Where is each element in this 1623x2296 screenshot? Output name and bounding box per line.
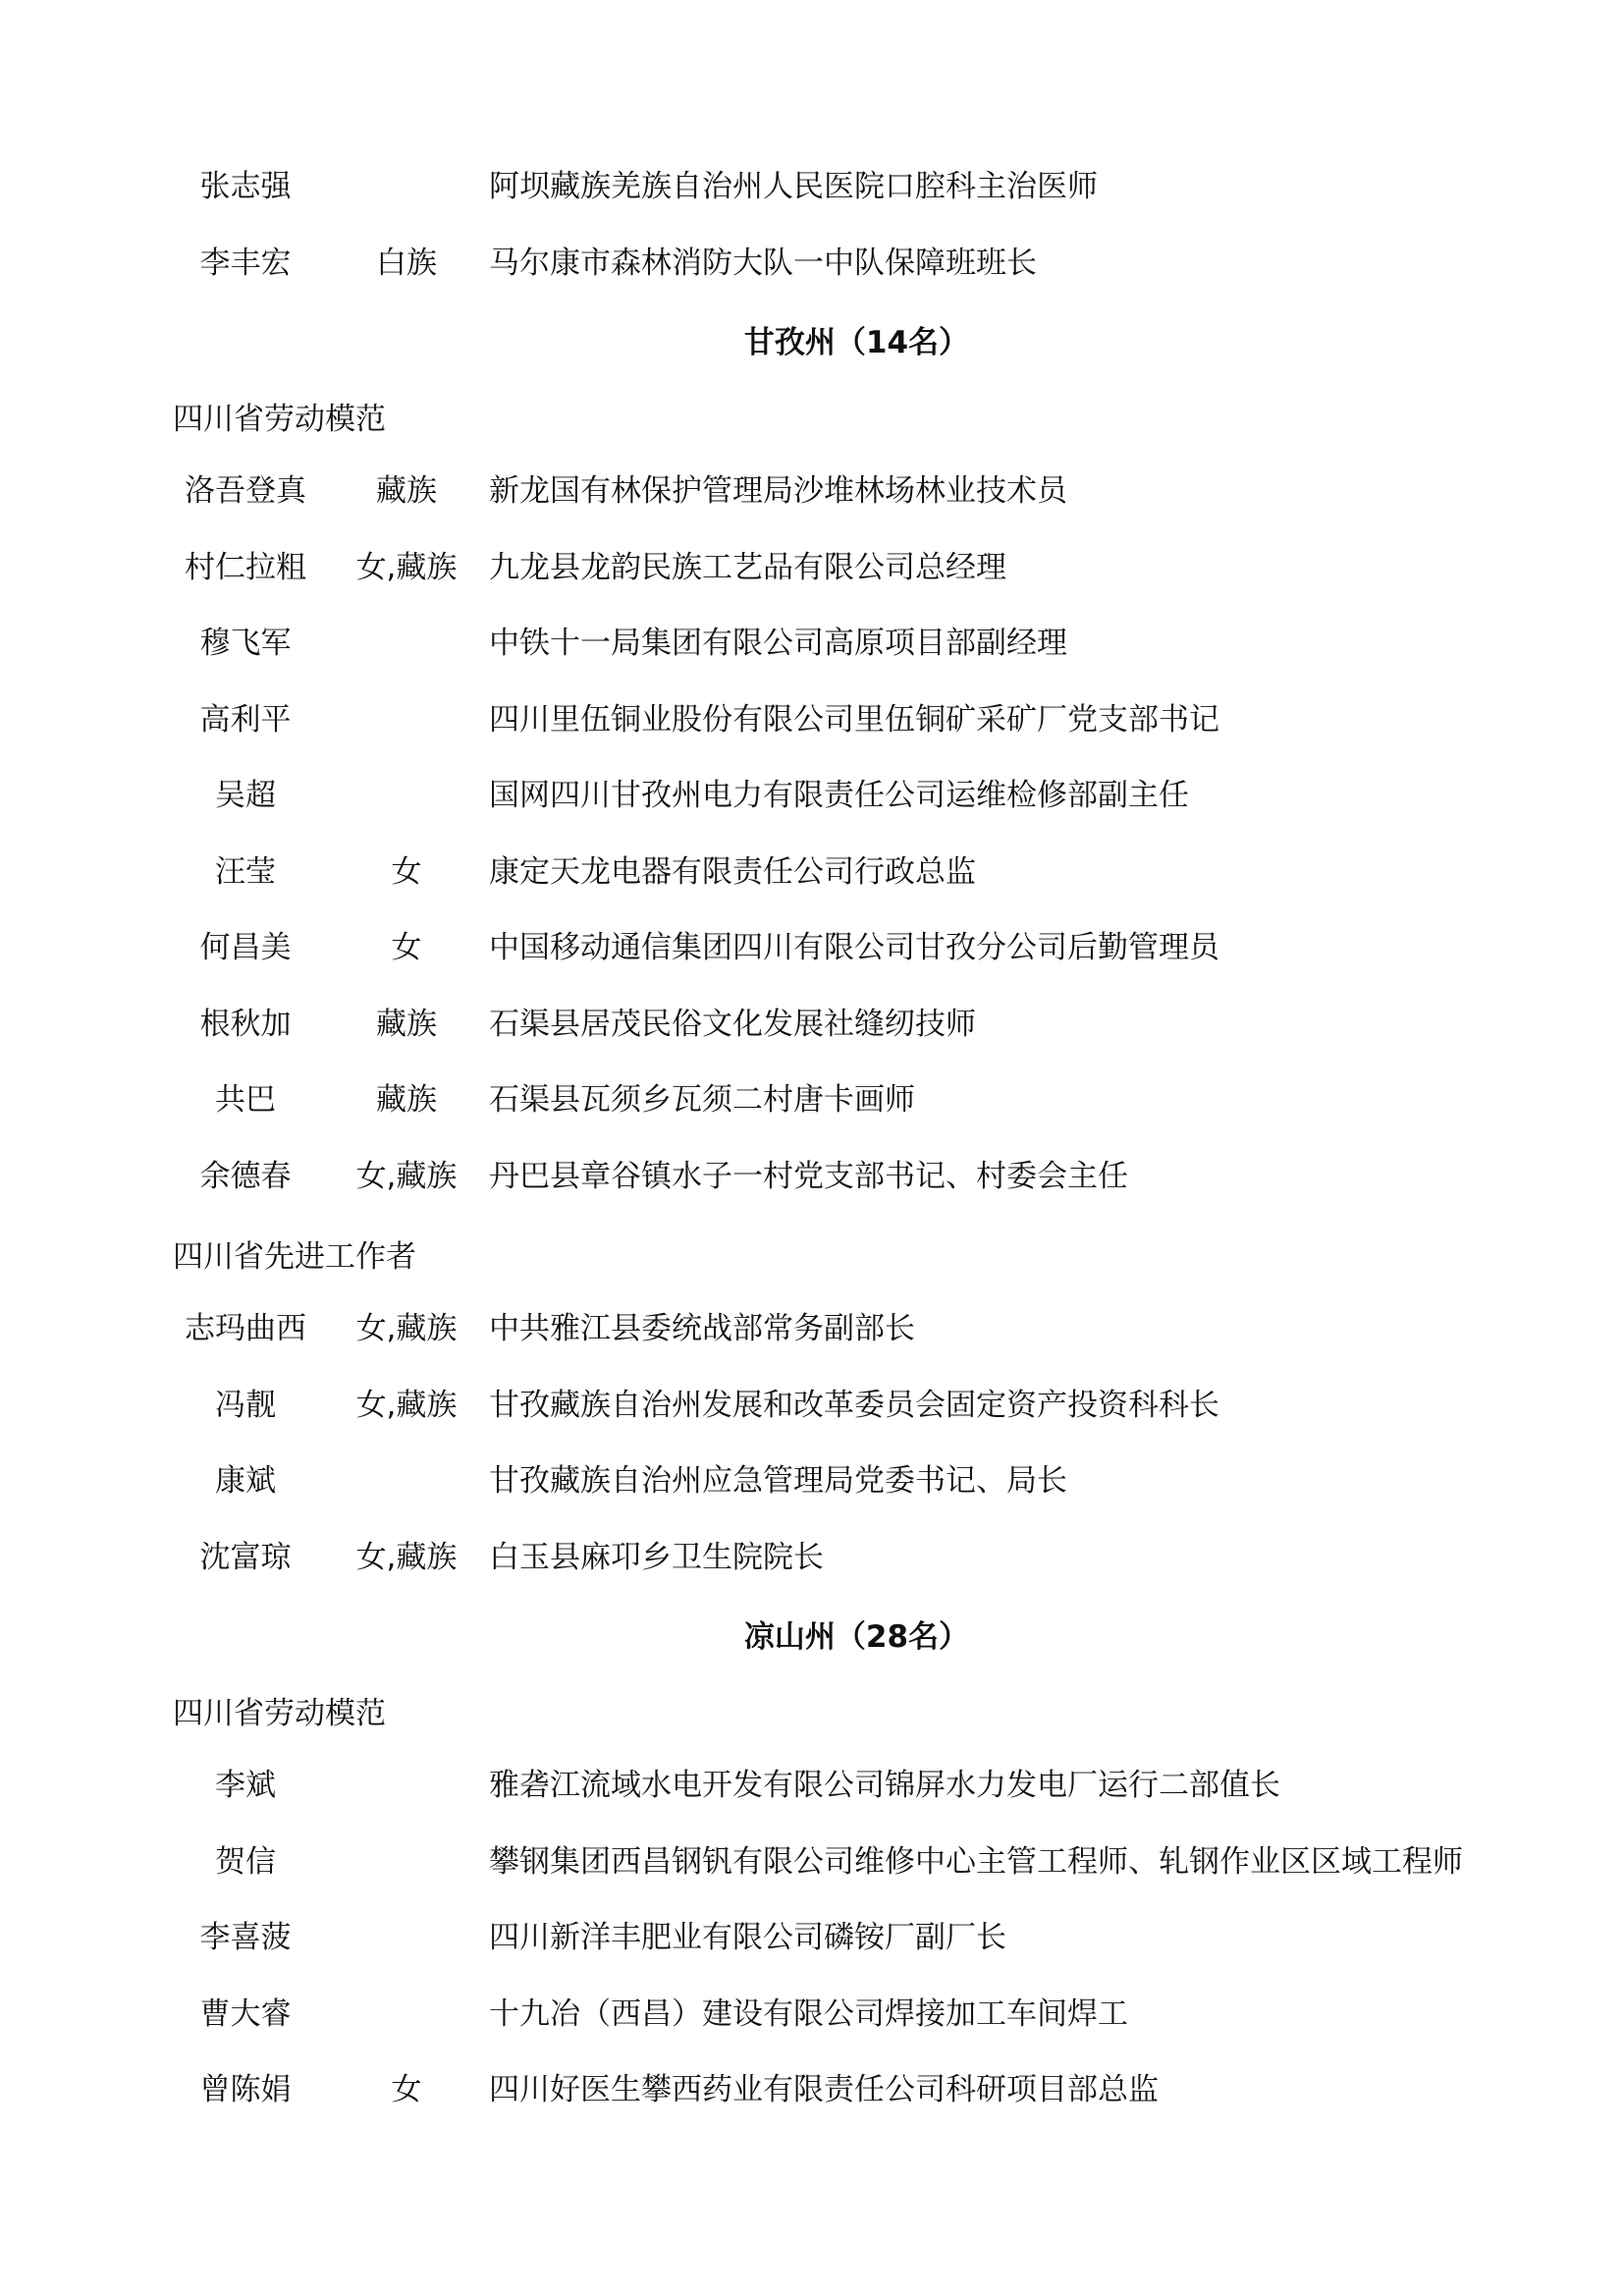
person-ethnicity: 女,藏族 xyxy=(346,1387,467,1424)
list-item: 共巴 藏族 石渠县瓦须乡瓦须二村唐卡画师 xyxy=(0,1077,1623,1122)
person-name: 村仁拉粗 xyxy=(173,549,318,586)
person-name: 共巴 xyxy=(173,1081,318,1119)
person-organization: 石渠县居茂民俗文化发展社缝纫技师 xyxy=(489,1006,1471,1043)
person-organization: 中铁十一局集团有限公司高原项目部副经理 xyxy=(489,625,1471,662)
person-organization: 四川新洋丰肥业有限公司磷铵厂副厂长 xyxy=(489,1919,1471,1956)
person-organization: 甘孜藏族自治州发展和改革委员会固定资产投资科科长 xyxy=(489,1387,1471,1424)
person-ethnicity: 藏族 xyxy=(346,1081,467,1119)
list-item: 康斌 甘孜藏族自治州应急管理局党委书记、局长 xyxy=(0,1458,1623,1503)
person-organization: 阿坝藏族羌族自治州人民医院口腔科主治医师 xyxy=(489,168,1471,205)
list-item: 吴超 国网四川甘孜州电力有限责任公司运维检修部副主任 xyxy=(0,773,1623,818)
list-item: 沈富琼 女,藏族 白玉县麻卭乡卫生院院长 xyxy=(0,1535,1623,1580)
person-name: 冯靓 xyxy=(173,1387,318,1424)
section-heading-text: 甘孜州（14名） xyxy=(744,317,969,361)
list-item: 何昌美 女 中国移动通信集团四川有限公司甘孜分公司后勤管理员 xyxy=(0,925,1623,970)
category-label: 四川省劳动模范 xyxy=(173,393,386,438)
list-item: 李丰宏 白族 马尔康市森林消防大队一中队保障班班长 xyxy=(0,241,1623,286)
list-item: 高利平 四川里伍铜业股份有限公司里伍铜矿采矿厂党支部书记 xyxy=(0,697,1623,742)
person-name: 曹大睿 xyxy=(173,1995,318,2033)
list-item: 李喜菠 四川新洋丰肥业有限公司磷铵厂副厂长 xyxy=(0,1915,1623,1960)
list-item: 曹大睿 十九冶（西昌）建设有限公司焊接加工车间焊工 xyxy=(0,1992,1623,2037)
person-ethnicity: 女 xyxy=(346,929,467,966)
list-item: 汪莹 女 康定天龙电器有限责任公司行政总监 xyxy=(0,849,1623,895)
list-item: 李斌 雅砻江流域水电开发有限公司锦屏水力发电厂运行二部值长 xyxy=(0,1763,1623,1808)
section-heading-liangshan: 凉山州（28名） xyxy=(0,1611,1623,1656)
person-organization: 白玉县麻卭乡卫生院院长 xyxy=(489,1539,1471,1576)
category-label: 四川省先进工作者 xyxy=(173,1230,416,1276)
list-item: 贺信 攀钢集团西昌钢钒有限公司维修中心主管工程师、轧钢作业区区域工程师 xyxy=(0,1821,1623,1903)
person-ethnicity: 女,藏族 xyxy=(346,1158,467,1195)
list-item: 志玛曲西 女,藏族 中共雅江县委统战部常务副部长 xyxy=(0,1306,1623,1351)
person-name: 穆飞军 xyxy=(173,625,318,662)
person-organization: 九龙县龙韵民族工艺品有限公司总经理 xyxy=(489,549,1471,586)
person-name: 张志强 xyxy=(173,168,318,205)
person-name: 贺信 xyxy=(173,1843,318,1881)
person-organization: 攀钢集团西昌钢钒有限公司维修中心主管工程师、轧钢作业区区域工程师 xyxy=(489,1843,1471,1881)
person-organization: 雅砻江流域水电开发有限公司锦屏水力发电厂运行二部值长 xyxy=(489,1767,1471,1804)
person-name: 吴超 xyxy=(173,777,318,814)
category-label: 四川省劳动模范 xyxy=(173,1687,386,1732)
person-organization: 中共雅江县委统战部常务副部长 xyxy=(489,1310,1471,1347)
person-ethnicity: 女 xyxy=(346,2071,467,2108)
person-ethnicity: 藏族 xyxy=(346,1006,467,1043)
person-name: 洛吾登真 xyxy=(173,472,318,510)
person-organization: 康定天龙电器有限责任公司行政总监 xyxy=(489,853,1471,891)
person-name: 高利平 xyxy=(173,701,318,738)
person-name: 汪莹 xyxy=(173,853,318,891)
list-item: 村仁拉粗 女,藏族 九龙县龙韵民族工艺品有限公司总经理 xyxy=(0,545,1623,590)
person-organization: 中国移动通信集团四川有限公司甘孜分公司后勤管理员 xyxy=(489,929,1471,966)
person-name: 曾陈娟 xyxy=(173,2071,318,2108)
person-ethnicity: 女,藏族 xyxy=(346,1539,467,1576)
person-name: 李斌 xyxy=(173,1767,318,1804)
list-item: 根秋加 藏族 石渠县居茂民俗文化发展社缝纫技师 xyxy=(0,1002,1623,1047)
person-ethnicity: 女 xyxy=(346,853,467,891)
person-organization: 丹巴县章谷镇水子一村党支部书记、村委会主任 xyxy=(489,1158,1471,1195)
person-name: 志玛曲西 xyxy=(173,1310,318,1347)
list-item: 冯靓 女,藏族 甘孜藏族自治州发展和改革委员会固定资产投资科科长 xyxy=(0,1383,1623,1428)
section-heading-text: 凉山州（28名） xyxy=(744,1612,969,1656)
person-organization: 十九冶（西昌）建设有限公司焊接加工车间焊工 xyxy=(489,1995,1471,2033)
list-item: 洛吾登真 藏族 新龙国有林保护管理局沙堆林场林业技术员 xyxy=(0,468,1623,514)
person-ethnicity: 女,藏族 xyxy=(346,1310,467,1347)
person-organization: 新龙国有林保护管理局沙堆林场林业技术员 xyxy=(489,472,1471,510)
person-ethnicity: 白族 xyxy=(346,245,467,282)
list-item: 张志强 阿坝藏族羌族自治州人民医院口腔科主治医师 xyxy=(0,164,1623,209)
list-item: 曾陈娟 女 四川好医生攀西药业有限责任公司科研项目部总监 xyxy=(0,2067,1623,2112)
person-organization: 四川里伍铜业股份有限公司里伍铜矿采矿厂党支部书记 xyxy=(489,701,1471,738)
person-name: 根秋加 xyxy=(173,1006,318,1043)
person-name: 余德春 xyxy=(173,1158,318,1195)
person-organization: 四川好医生攀西药业有限责任公司科研项目部总监 xyxy=(489,2071,1471,2108)
list-item: 余德春 女,藏族 丹巴县章谷镇水子一村党支部书记、村委会主任 xyxy=(0,1154,1623,1199)
person-organization: 石渠县瓦须乡瓦须二村唐卡画师 xyxy=(489,1081,1471,1119)
document-page: 张志强 阿坝藏族羌族自治州人民医院口腔科主治医师 李丰宏 白族 马尔康市森林消防… xyxy=(0,0,1623,2296)
person-ethnicity: 藏族 xyxy=(346,472,467,510)
person-name: 何昌美 xyxy=(173,929,318,966)
person-organization: 国网四川甘孜州电力有限责任公司运维检修部副主任 xyxy=(489,777,1471,814)
person-name: 李喜菠 xyxy=(173,1919,318,1956)
person-name: 沈富琼 xyxy=(173,1539,318,1576)
person-organization: 甘孜藏族自治州应急管理局党委书记、局长 xyxy=(489,1462,1471,1500)
person-name: 李丰宏 xyxy=(173,245,318,282)
section-heading-ganzi: 甘孜州（14名） xyxy=(0,316,1623,361)
person-name: 康斌 xyxy=(173,1462,318,1500)
person-organization: 马尔康市森林消防大队一中队保障班班长 xyxy=(489,245,1471,282)
person-ethnicity: 女,藏族 xyxy=(346,549,467,586)
list-item: 穆飞军 中铁十一局集团有限公司高原项目部副经理 xyxy=(0,621,1623,666)
